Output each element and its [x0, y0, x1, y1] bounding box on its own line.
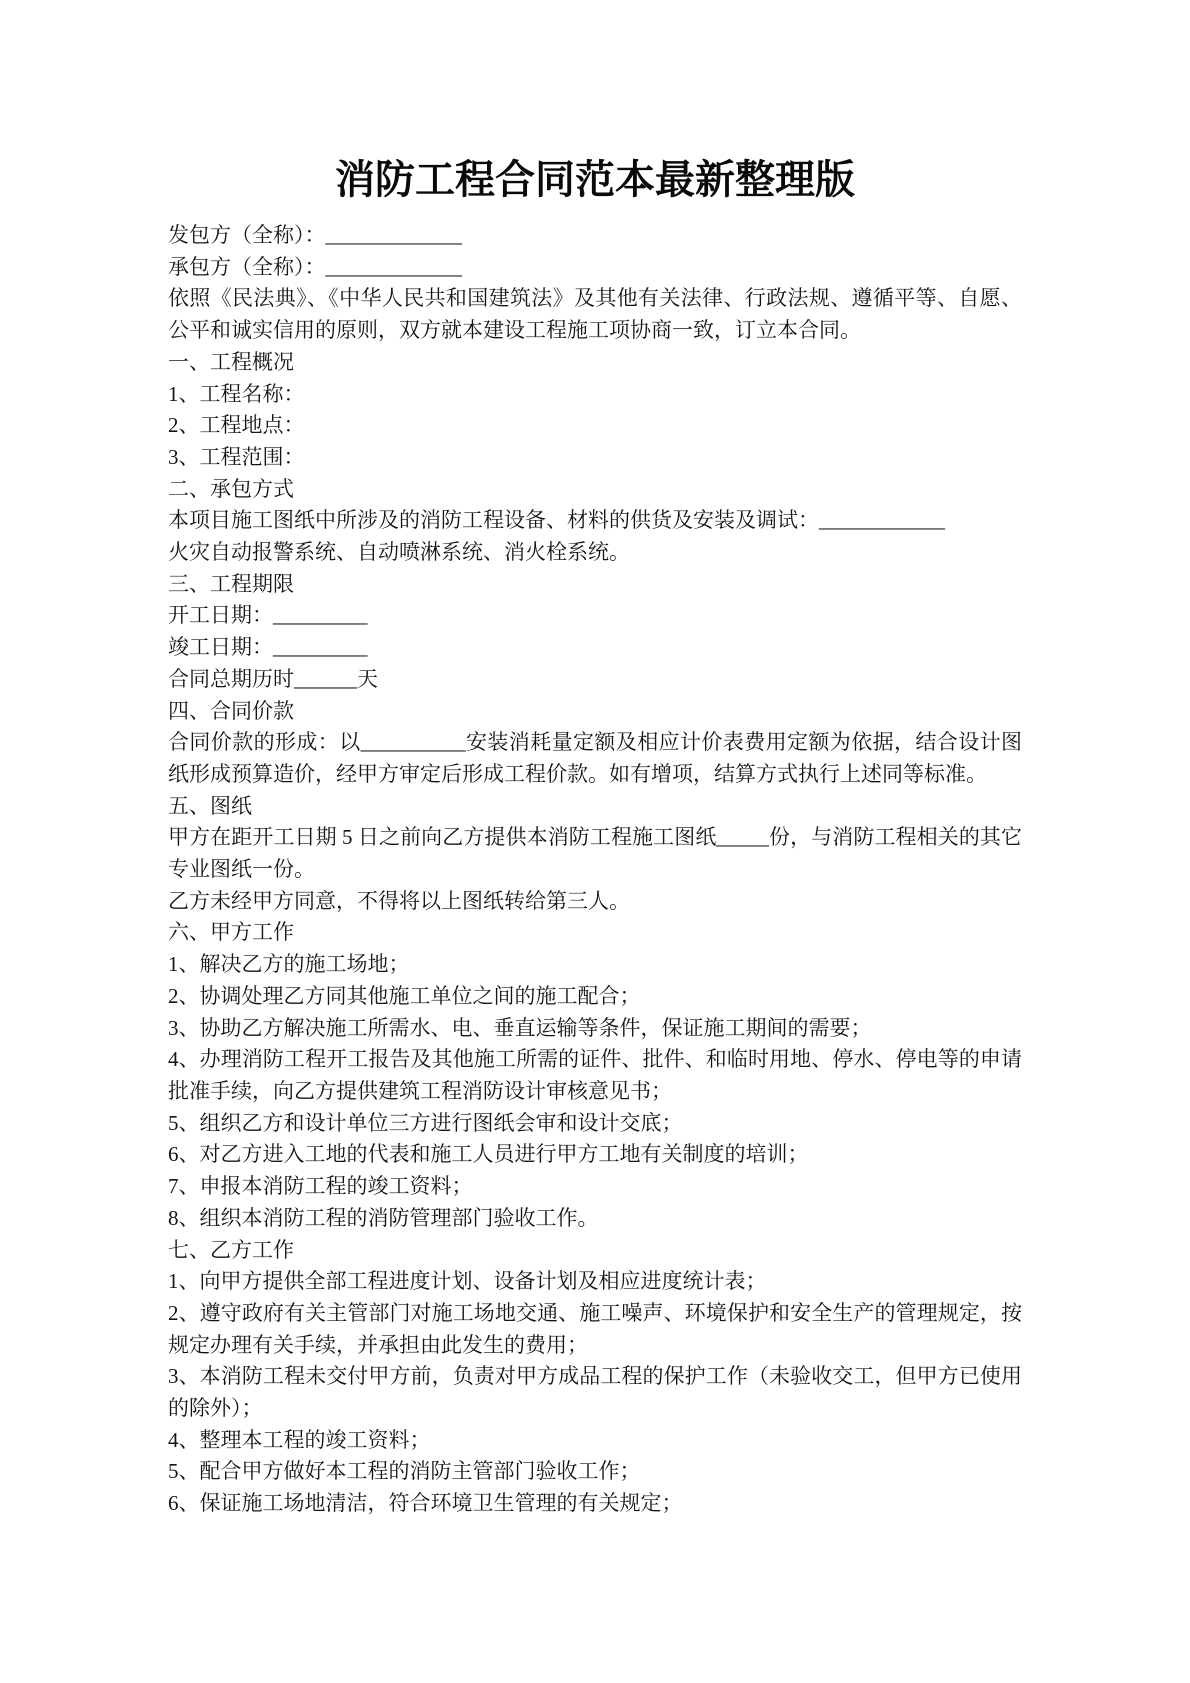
document-paragraph: 1、工程名称：: [168, 379, 1022, 411]
document-paragraph: 本项目施工图纸中所涉及的消防工程设备、材料的供货及安装及调试：_________…: [168, 505, 1022, 537]
document-paragraph: 4、整理本工程的竣工资料；: [168, 1425, 1022, 1457]
document-paragraph: 8、组织本消防工程的消防管理部门验收工作。: [168, 1203, 1022, 1235]
document-paragraph: 合同价款的形成：以__________安装消耗量定额及相应计价表费用定额为依据，…: [168, 727, 1022, 790]
document-paragraph: 一、工程概况: [168, 347, 1022, 379]
document-paragraph: 五、图纸: [168, 791, 1022, 823]
document-paragraph: 依照《民法典》、《中华人民共和国建筑法》及其他有关法律、行政法规、遵循平等、自愿…: [168, 283, 1022, 346]
document-paragraph: 六、甲方工作: [168, 917, 1022, 949]
contract-page: 消防工程合同范本最新整理版 发包方（全称）：_____________承包方（全…: [0, 0, 1190, 1683]
document-paragraph: 3、工程范围：: [168, 442, 1022, 474]
document-paragraph: 火灾自动报警系统、自动喷淋系统、消火栓系统。: [168, 537, 1022, 569]
document-paragraph: 2、遵守政府有关主管部门对施工场地交通、施工噪声、环境保护和安全生产的管理规定，…: [168, 1298, 1022, 1361]
document-paragraph: 2、协调处理乙方同其他施工单位之间的施工配合；: [168, 981, 1022, 1013]
document-paragraph: 3、本消防工程未交付甲方前，负责对甲方成品工程的保护工作（未验收交工，但甲方已使…: [168, 1361, 1022, 1424]
document-paragraph: 承包方（全称）：_____________: [168, 252, 1022, 284]
document-paragraph: 三、工程期限: [168, 569, 1022, 601]
document-paragraph: 5、配合甲方做好本工程的消防主管部门验收工作；: [168, 1456, 1022, 1488]
document-title: 消防工程合同范本最新整理版: [168, 148, 1022, 212]
document-paragraph: 七、乙方工作: [168, 1235, 1022, 1267]
document-paragraph: 7、申报本消防工程的竣工资料；: [168, 1171, 1022, 1203]
document-paragraph: 6、对乙方进入工地的代表和施工人员进行甲方工地有关制度的培训；: [168, 1139, 1022, 1171]
document-paragraph: 发包方（全称）：_____________: [168, 220, 1022, 252]
document-paragraph: 4、办理消防工程开工报告及其他施工所需的证件、批件、和临时用地、停水、停电等的申…: [168, 1044, 1022, 1107]
document-paragraph: 四、合同价款: [168, 696, 1022, 728]
document-paragraph: 合同总期历时______天: [168, 664, 1022, 696]
document-paragraph: 3、协助乙方解决施工所需水、电、垂直运输等条件，保证施工期间的需要；: [168, 1013, 1022, 1045]
document-paragraph: 2、工程地点：: [168, 410, 1022, 442]
document-paragraph: 1、解决乙方的施工场地；: [168, 949, 1022, 981]
document-paragraph: 甲方在距开工日期 5 日之前向乙方提供本消防工程施工图纸_____份，与消防工程…: [168, 822, 1022, 885]
document-paragraph: 二、承包方式: [168, 474, 1022, 506]
document-body: 发包方（全称）：_____________承包方（全称）：___________…: [168, 220, 1022, 1520]
document-paragraph: 6、保证施工场地清洁，符合环境卫生管理的有关规定；: [168, 1488, 1022, 1520]
document-paragraph: 5、组织乙方和设计单位三方进行图纸会审和设计交底；: [168, 1108, 1022, 1140]
document-paragraph: 竣工日期：_________: [168, 632, 1022, 664]
document-paragraph: 开工日期：_________: [168, 600, 1022, 632]
document-paragraph: 1、向甲方提供全部工程进度计划、设备计划及相应进度统计表；: [168, 1266, 1022, 1298]
document-paragraph: 乙方未经甲方同意，不得将以上图纸转给第三人。: [168, 886, 1022, 918]
